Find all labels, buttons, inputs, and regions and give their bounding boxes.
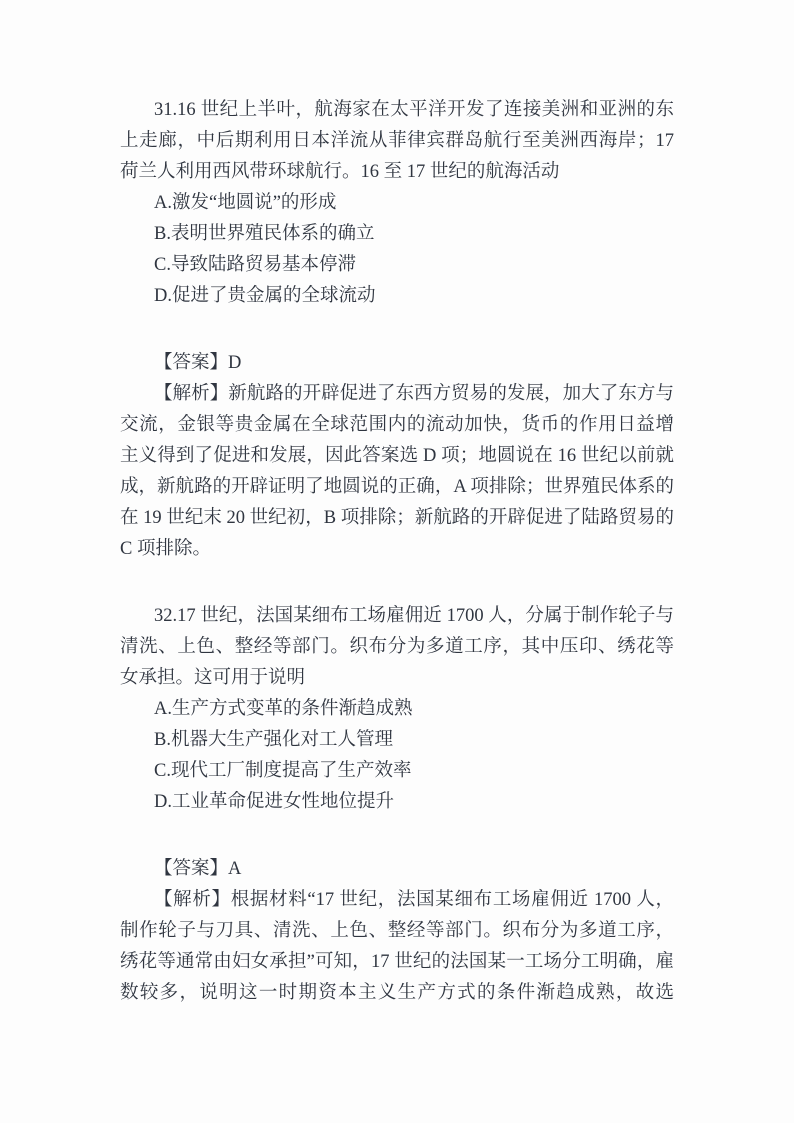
question-31-analysis-line-4: 成，新航路的开辟证明了地圆说的正确，A 项排除；世界殖民体系的确立是 (120, 472, 674, 503)
question-31-analysis-line-5: 在 19 世纪末 20 世纪初，B 项排除；新航路的开辟促进了陆路贸易的发展， (120, 503, 674, 534)
question-32-option-A: A.生产方式变革的条件渐趋成熟 (120, 694, 674, 725)
question-32-option-C: C.现代工厂制度提高了生产效率 (120, 756, 674, 787)
question-32-stem-line-3: 女承担。这可用于说明 (120, 663, 674, 694)
question-31-analysis-line-2: 交流，金银等贵金属在全球范围内的流动加快，货币的作用日益增强，资本 (120, 410, 674, 441)
question-31-analysis-line-6: C 项排除。 (120, 534, 674, 565)
question-block-32: 32.17 世纪，法国某细布工场雇佣近 1700 人，分属于制作轮子与刀具、清洗… (120, 601, 674, 1009)
question-31-stem-line-2: 上走廊，中后期利用日本洋流从菲律宾群岛航行至美洲西海岸；17 世纪初， (120, 126, 674, 157)
question-32-analysis-line-2: 制作轮子与刀具、清洗、上色、整经等部门。织布分为多道工序，其中压印、 (120, 916, 674, 947)
question-32-option-B: B.机器大生产强化对工人管理 (120, 725, 674, 756)
question-31-option-B: B.表明世界殖民体系的确立 (120, 219, 674, 250)
question-32-analysis-line-1: 【解析】根据材料“17 世纪，法国某细布工场雇佣近 1700 人，分属于 (120, 885, 674, 916)
question-31-option-C: C.导致陆路贸易基本停滞 (120, 250, 674, 281)
question-31-option-A: A.激发“地圆说”的形成 (120, 188, 674, 219)
document-content: 31.16 世纪上半叶，航海家在太平洋开发了连接美洲和亚洲的东风带海上走廊，中后… (0, 0, 794, 1009)
question-31-answer-line: 【答案】D (120, 348, 674, 379)
question-32-stem-line-2: 清洗、上色、整经等部门。织布分为多道工序，其中压印、绣花等通常由妇 (120, 632, 674, 663)
question-block-31: 31.16 世纪上半叶，航海家在太平洋开发了连接美洲和亚洲的东风带海上走廊，中后… (120, 95, 674, 565)
question-32-option-D: D.工业革命促进女性地位提升 (120, 787, 674, 818)
question-31-analysis-line-1: 【解析】新航路的开辟促进了东西方贸易的发展，加大了东方与西方的 (120, 379, 674, 410)
question-31-option-D: D.促进了贵金属的全球流动 (120, 281, 674, 312)
question-32-answer-line: 【答案】A (120, 854, 674, 885)
document-page: 31.16 世纪上半叶，航海家在太平洋开发了连接美洲和亚洲的东风带海上走廊，中后… (0, 0, 794, 1123)
question-32-analysis-line-3: 绣花等通常由妇女承担”可知，17 世纪的法国某一工场分工明确，雇佣人 (120, 947, 674, 978)
question-32-analysis-line-4: 数较多，说明这一时期资本主义生产方式的条件渐趋成熟，故选 A；B 是工 (120, 978, 674, 1009)
question-31-stem-line-1: 31.16 世纪上半叶，航海家在太平洋开发了连接美洲和亚洲的东风带海 (120, 95, 674, 126)
question-31-stem-line-3: 荷兰人利用西风带环球航行。16 至 17 世纪的航海活动 (120, 157, 674, 188)
question-31-analysis-line-3: 主义得到了促进和发展，因此答案选 D 项；地圆说在 16 世纪以前就已经形 (120, 441, 674, 472)
question-32-stem-line-1: 32.17 世纪，法国某细布工场雇佣近 1700 人，分属于制作轮子与刀具、 (120, 601, 674, 632)
